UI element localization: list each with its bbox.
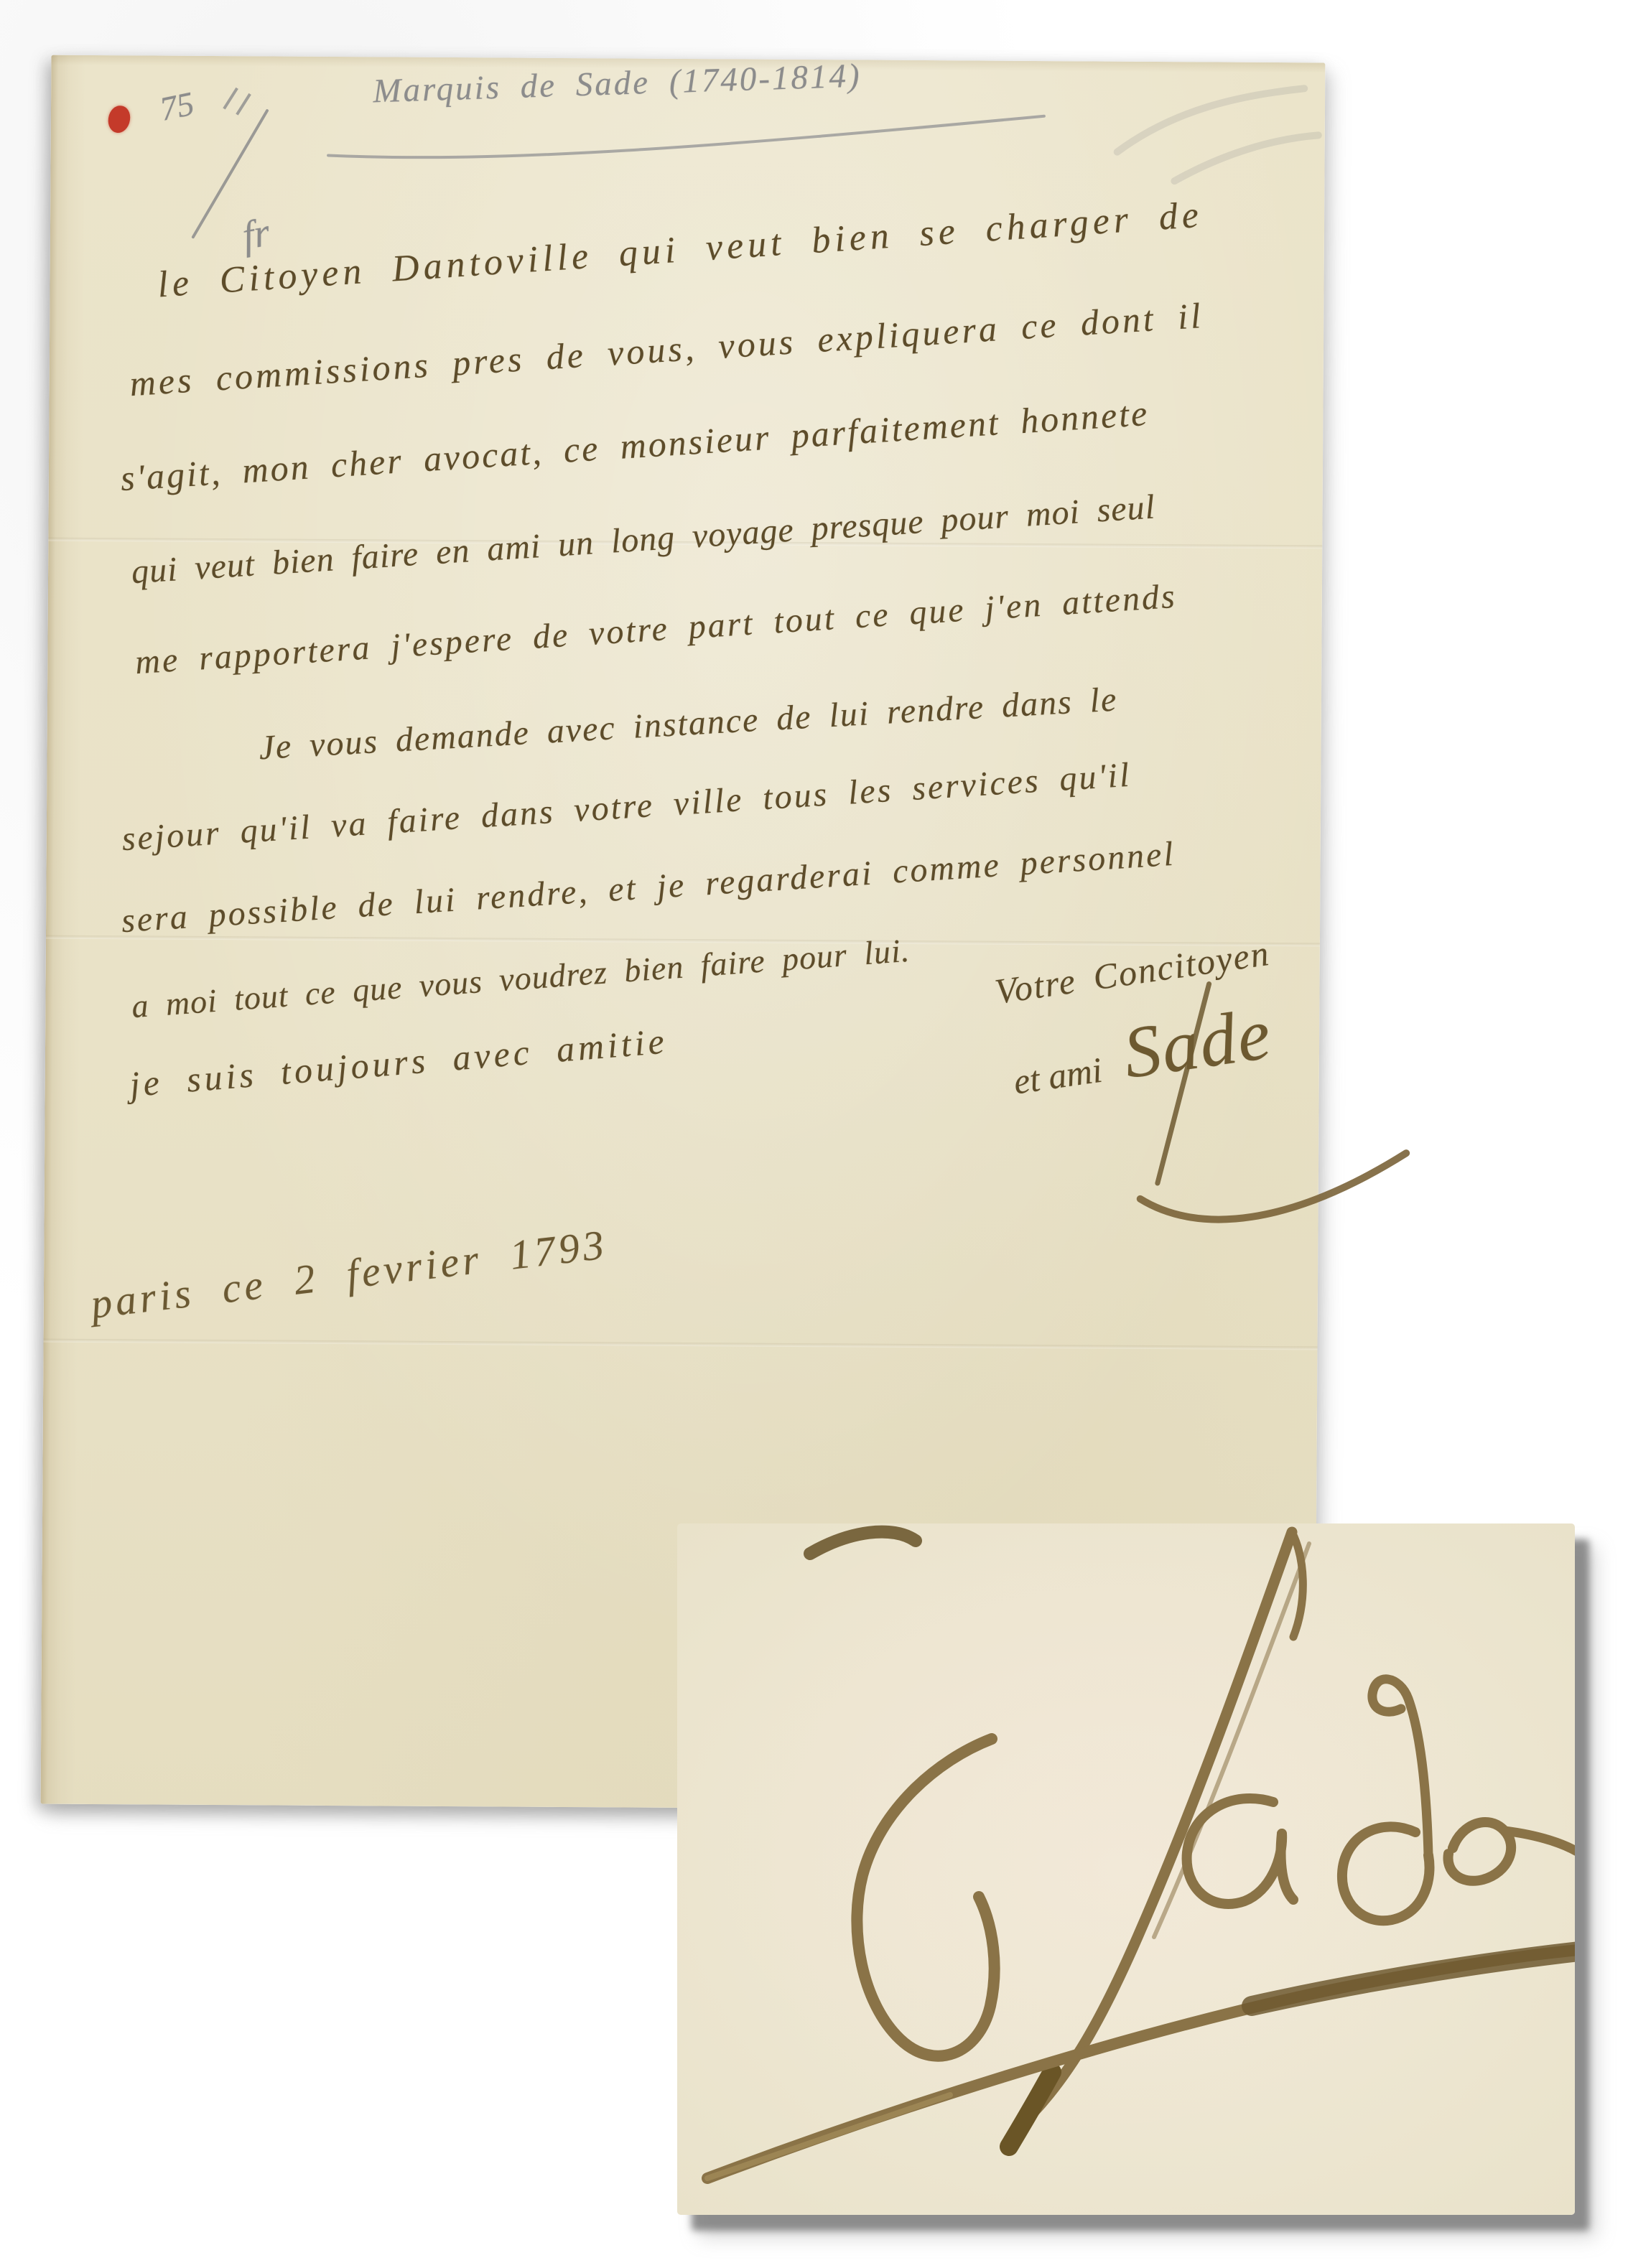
red-collector-mark (106, 104, 131, 134)
letter-line: Je vous demande avec instance de lui ren… (258, 680, 1119, 768)
signature-flourish (1115, 975, 1418, 1250)
pencil-header-annotation: Marquis de Sade (1740-1814) (373, 56, 862, 111)
pencil-smudge (1088, 65, 1326, 210)
dateline: paris ce 2 fevrier 1793 (88, 1220, 610, 1327)
inset-signature-drawing (677, 1523, 1575, 2215)
letter-line: je suis toujours avec amitie (128, 1019, 669, 1105)
price-unit: fr (239, 210, 274, 259)
letter-line: me rapportera j'espere de votre part tou… (134, 577, 1178, 682)
letter-line: sera possible de lui rendre, et je regar… (120, 834, 1176, 941)
letter-line: s'agit, mon cher avocat, ce monsieur par… (119, 392, 1150, 499)
pencil-tick (223, 88, 238, 110)
letter-line: mes commissions pres de vous, vous expli… (129, 294, 1205, 404)
photo-background: 75 fr Marquis de Sade (1740-1814) le Cit… (0, 0, 1628, 2268)
fold-crease (46, 935, 1320, 947)
pencil-tick (236, 93, 251, 116)
signature-inset: Sade (677, 1523, 1575, 2215)
letter-line: a moi tout ce que vous voudrez bien fair… (130, 931, 911, 1025)
letter-line: sejour qu'il va faire dans votre ville t… (121, 755, 1132, 859)
pencil-underline (325, 110, 1051, 174)
fold-crease (44, 1339, 1318, 1350)
closing-et-ami: et ami (1011, 1050, 1104, 1102)
price-value: 75 (157, 84, 197, 129)
